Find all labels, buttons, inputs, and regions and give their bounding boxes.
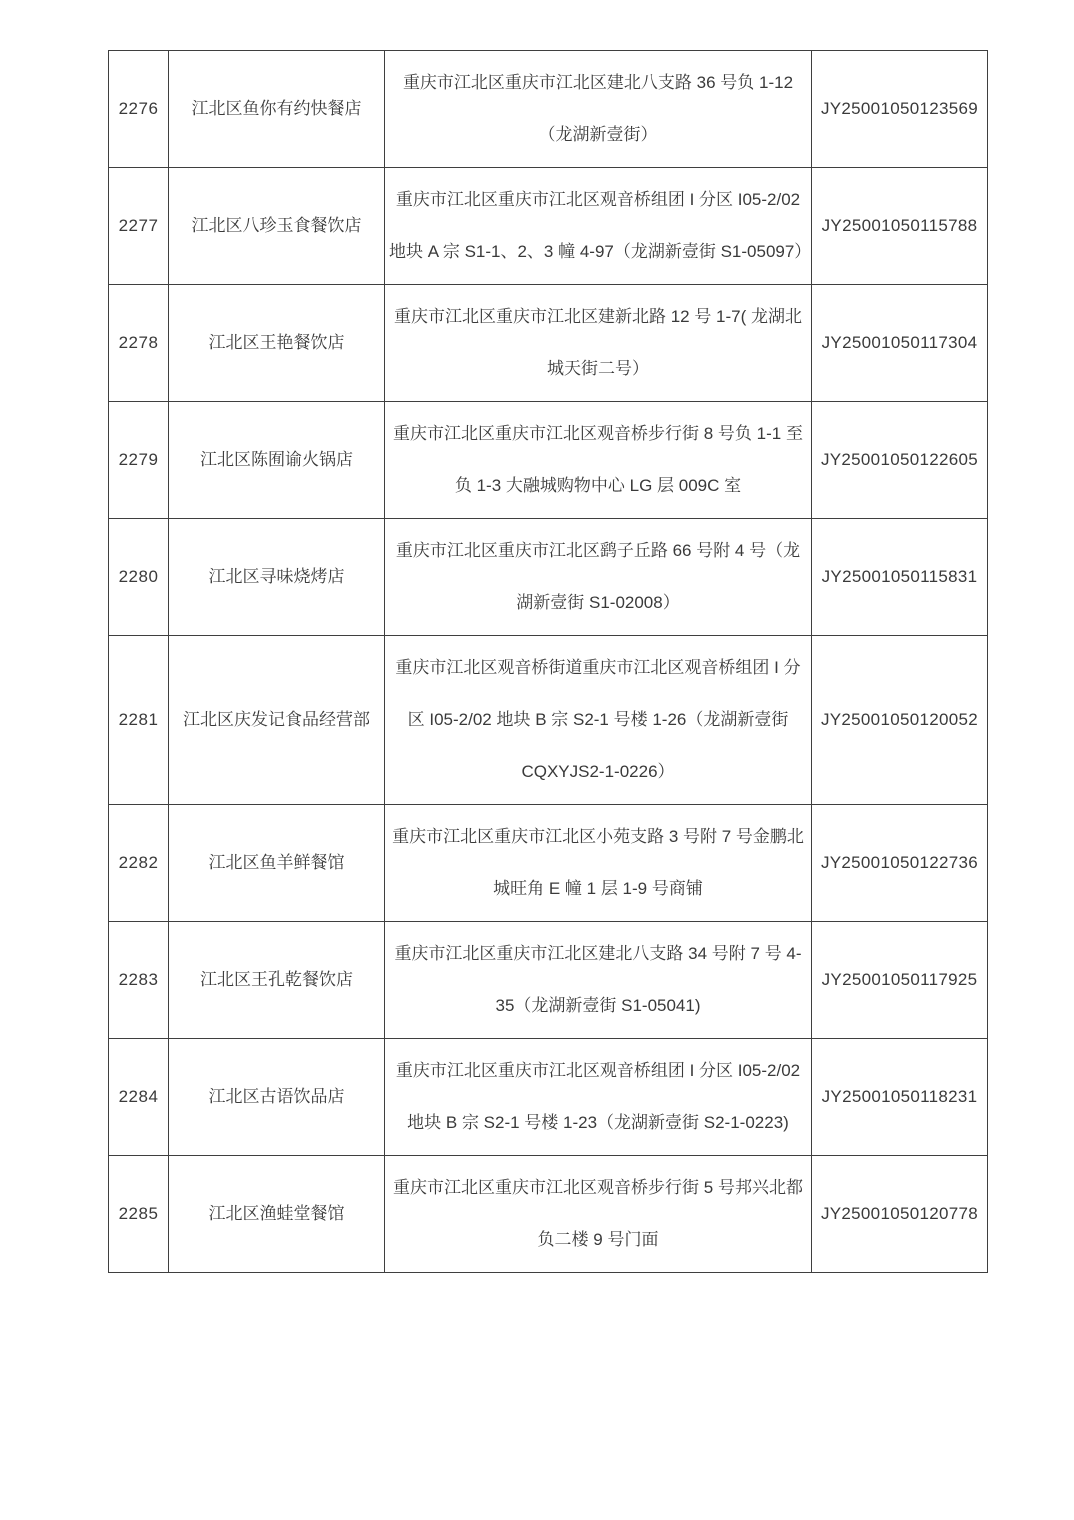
table-body: 2276 江北区鱼你有约快餐店 重庆市江北区重庆市江北区建北八支路 36 号负 … [109, 51, 988, 1273]
document-page: 2276 江北区鱼你有约快餐店 重庆市江北区重庆市江北区建北八支路 36 号负 … [0, 0, 1074, 1520]
business-name: 江北区王艳餐饮店 [169, 285, 385, 402]
business-name: 江北区鱼你有约快餐店 [169, 51, 385, 168]
row-number: 2278 [109, 285, 169, 402]
business-name: 江北区寻味烧烤店 [169, 519, 385, 636]
license-number: JY25001050122605 [812, 402, 988, 519]
table-row: 2281 江北区庆发记食品经营部 重庆市江北区观音桥街道重庆市江北区观音桥组团 … [109, 636, 988, 805]
license-number: JY25001050120778 [812, 1156, 988, 1273]
row-number: 2282 [109, 805, 169, 922]
business-name: 江北区王孔乾餐饮店 [169, 922, 385, 1039]
table-row: 2285 江北区渔蛙堂餐馆 重庆市江北区重庆市江北区观音桥步行街 5 号邦兴北都… [109, 1156, 988, 1273]
row-number: 2283 [109, 922, 169, 1039]
business-address: 重庆市江北区重庆市江北区观音桥步行街 5 号邦兴北都负二楼 9 号门面 [385, 1156, 812, 1273]
business-address: 重庆市江北区重庆市江北区建新北路 12 号 1-7( 龙湖北城天街二号） [385, 285, 812, 402]
table-row: 2280 江北区寻味烧烤店 重庆市江北区重庆市江北区鹞子丘路 66 号附 4 号… [109, 519, 988, 636]
row-number: 2280 [109, 519, 169, 636]
row-number: 2281 [109, 636, 169, 805]
business-address: 重庆市江北区观音桥街道重庆市江北区观音桥组团 I 分区 I05-2/02 地块 … [385, 636, 812, 805]
business-name: 江北区陈囿谕火锅店 [169, 402, 385, 519]
business-name: 江北区八珍玉食餐饮店 [169, 168, 385, 285]
license-number: JY25001050115788 [812, 168, 988, 285]
business-address: 重庆市江北区重庆市江北区小苑支路 3 号附 7 号金鹏北城旺角 E 幢 1 层 … [385, 805, 812, 922]
license-number: JY25001050122736 [812, 805, 988, 922]
table-row: 2278 江北区王艳餐饮店 重庆市江北区重庆市江北区建新北路 12 号 1-7(… [109, 285, 988, 402]
business-address: 重庆市江北区重庆市江北区观音桥组团 I 分区 I05-2/02 地块 A 宗 S… [385, 168, 812, 285]
row-number: 2279 [109, 402, 169, 519]
business-address: 重庆市江北区重庆市江北区观音桥组团 I 分区 I05-2/02 地块 B 宗 S… [385, 1039, 812, 1156]
table-row: 2283 江北区王孔乾餐饮店 重庆市江北区重庆市江北区建北八支路 34 号附 7… [109, 922, 988, 1039]
table-row: 2279 江北区陈囿谕火锅店 重庆市江北区重庆市江北区观音桥步行街 8 号负 1… [109, 402, 988, 519]
row-number: 2277 [109, 168, 169, 285]
table-row: 2284 江北区古语饮品店 重庆市江北区重庆市江北区观音桥组团 I 分区 I05… [109, 1039, 988, 1156]
table-row: 2276 江北区鱼你有约快餐店 重庆市江北区重庆市江北区建北八支路 36 号负 … [109, 51, 988, 168]
license-number: JY25001050118231 [812, 1039, 988, 1156]
row-number: 2276 [109, 51, 169, 168]
business-address: 重庆市江北区重庆市江北区观音桥步行街 8 号负 1-1 至负 1-3 大融城购物… [385, 402, 812, 519]
business-address: 重庆市江北区重庆市江北区建北八支路 36 号负 1-12（龙湖新壹街） [385, 51, 812, 168]
license-number: JY25001050117304 [812, 285, 988, 402]
license-number: JY25001050123569 [812, 51, 988, 168]
license-number: JY25001050120052 [812, 636, 988, 805]
table-container: 2276 江北区鱼你有约快餐店 重庆市江北区重庆市江北区建北八支路 36 号负 … [108, 50, 987, 1273]
business-name: 江北区庆发记食品经营部 [169, 636, 385, 805]
business-license-table: 2276 江北区鱼你有约快餐店 重庆市江北区重庆市江北区建北八支路 36 号负 … [108, 50, 988, 1273]
row-number: 2284 [109, 1039, 169, 1156]
table-row: 2277 江北区八珍玉食餐饮店 重庆市江北区重庆市江北区观音桥组团 I 分区 I… [109, 168, 988, 285]
business-address: 重庆市江北区重庆市江北区建北八支路 34 号附 7 号 4-35（龙湖新壹街 S… [385, 922, 812, 1039]
business-name: 江北区古语饮品店 [169, 1039, 385, 1156]
license-number: JY25001050117925 [812, 922, 988, 1039]
license-number: JY25001050115831 [812, 519, 988, 636]
business-name: 江北区鱼羊鲜餐馆 [169, 805, 385, 922]
business-name: 江北区渔蛙堂餐馆 [169, 1156, 385, 1273]
row-number: 2285 [109, 1156, 169, 1273]
business-address: 重庆市江北区重庆市江北区鹞子丘路 66 号附 4 号（龙湖新壹街 S1-0200… [385, 519, 812, 636]
table-row: 2282 江北区鱼羊鲜餐馆 重庆市江北区重庆市江北区小苑支路 3 号附 7 号金… [109, 805, 988, 922]
